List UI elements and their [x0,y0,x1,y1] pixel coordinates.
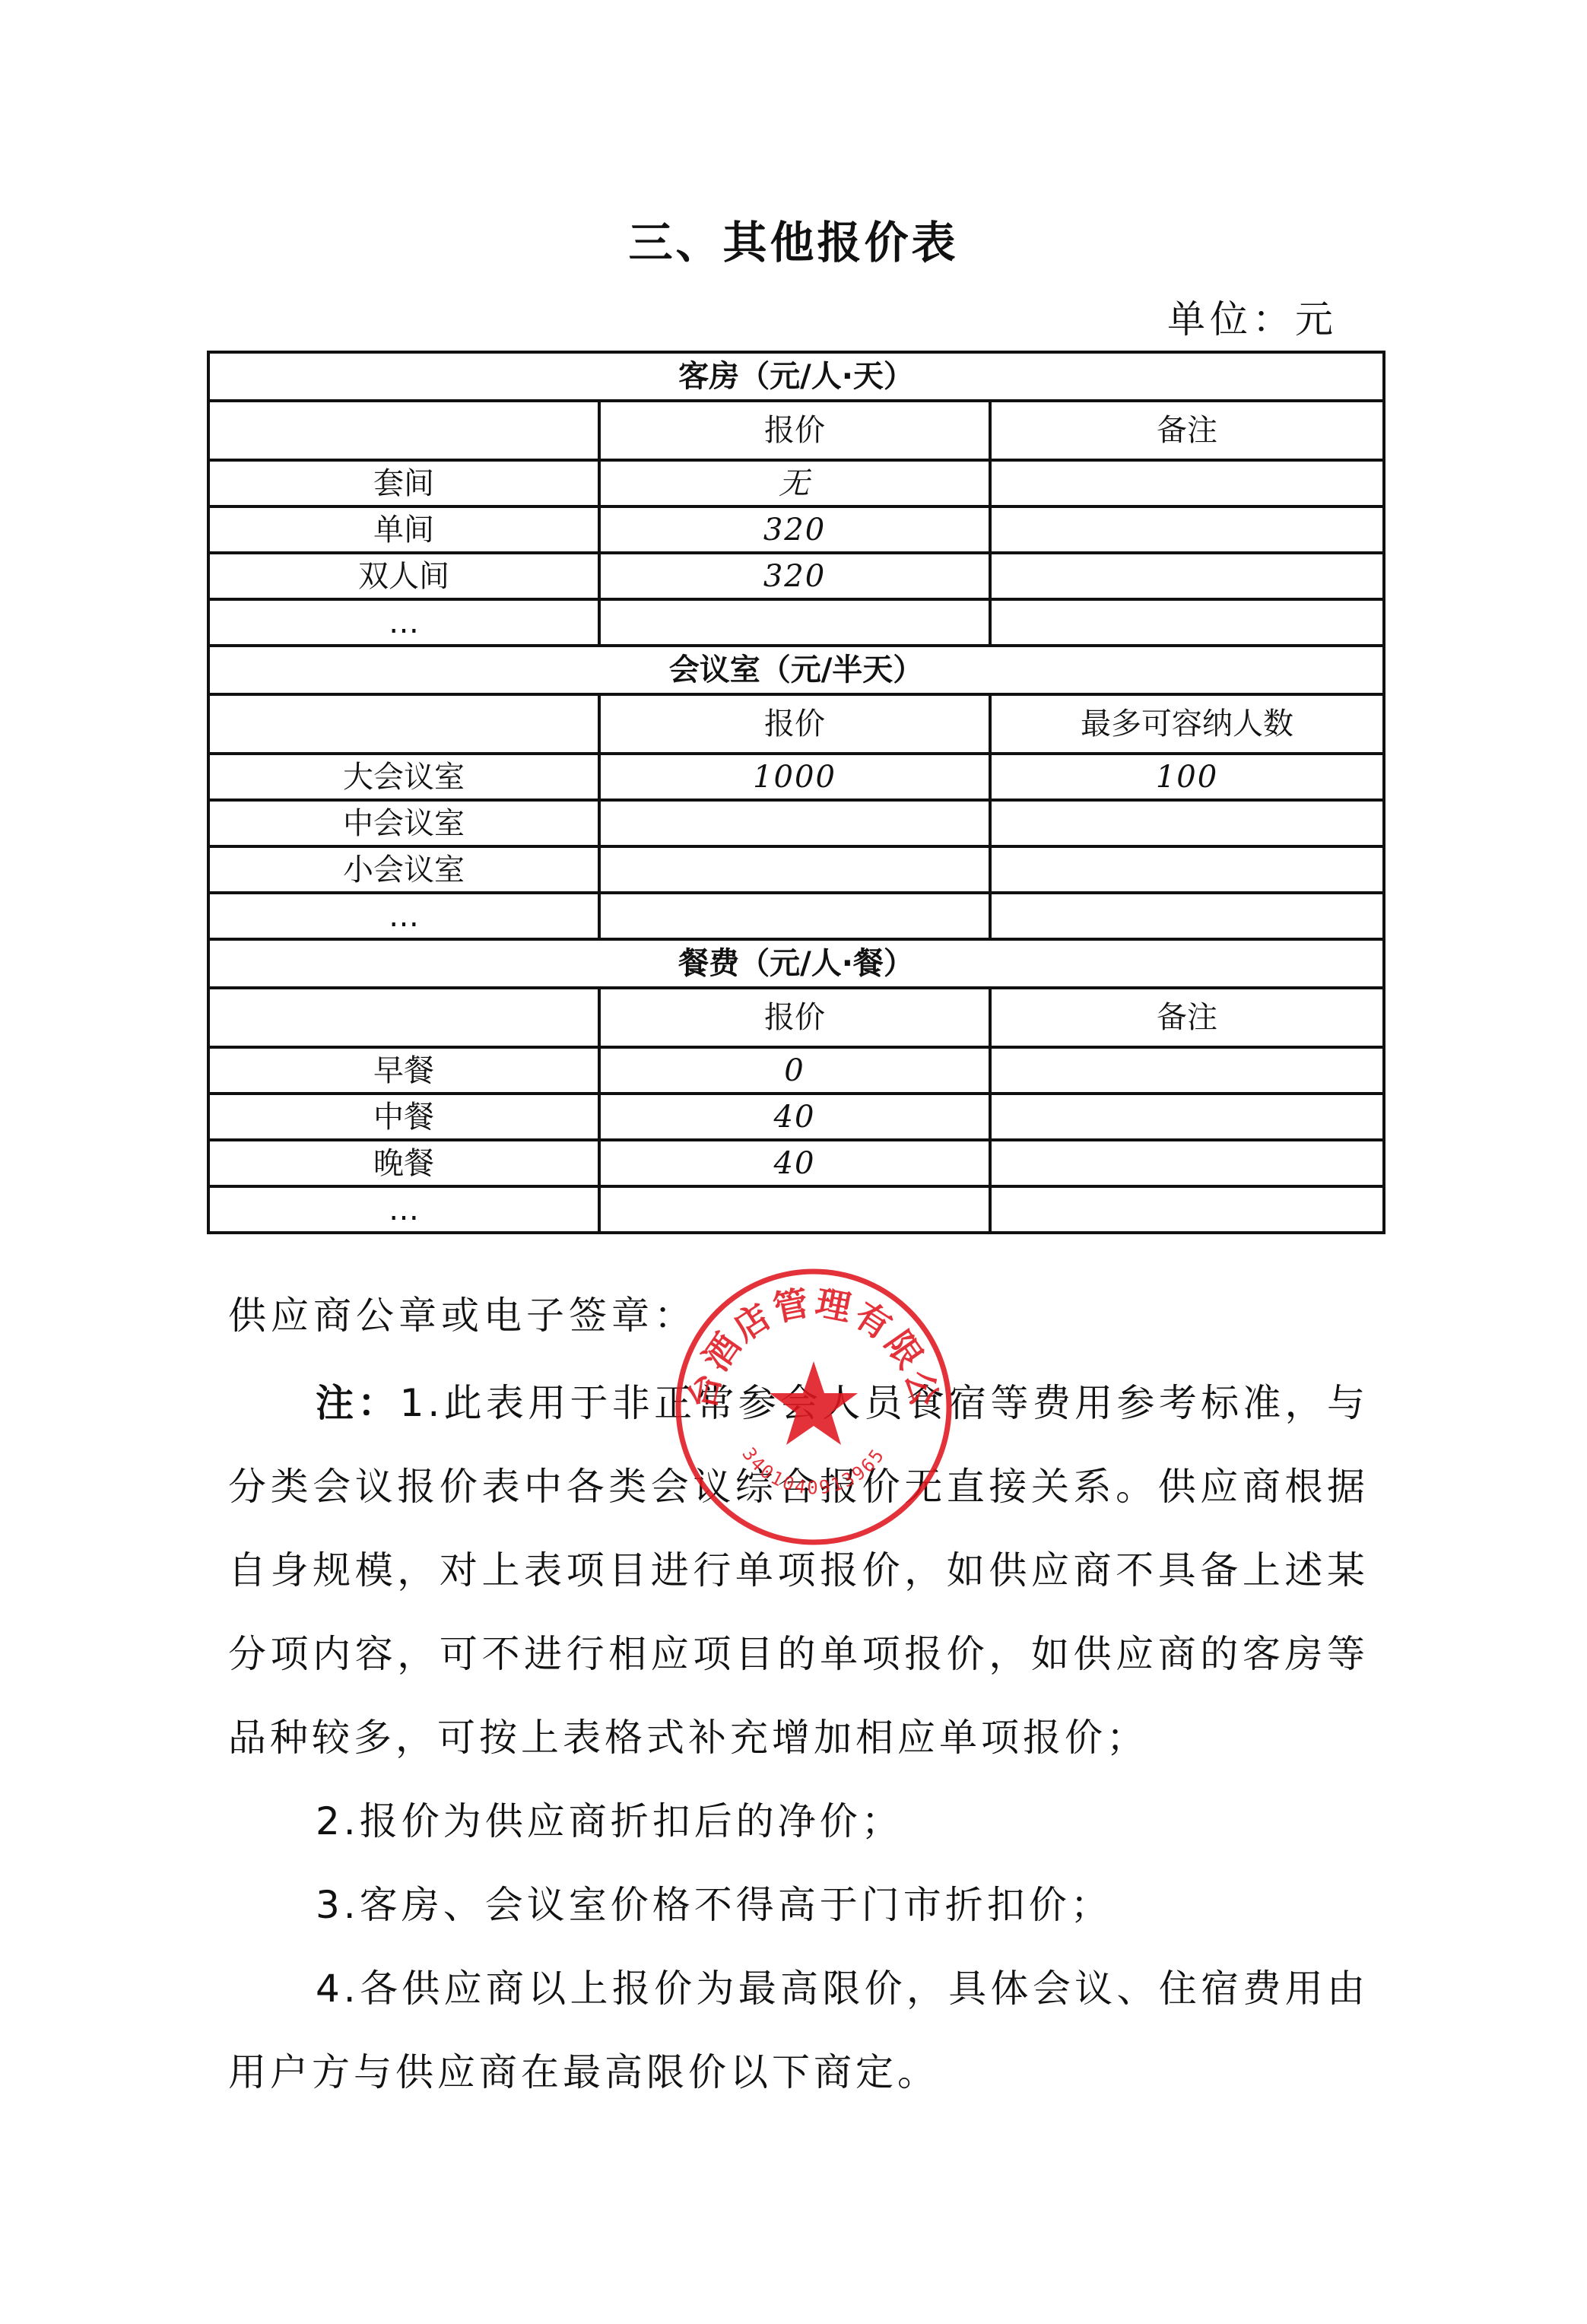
column-header: 报价 [599,988,990,1047]
note-cell [990,506,1384,553]
note-cell [990,1047,1384,1094]
item-cell: … [208,1186,599,1233]
star-icon [770,1361,858,1445]
capacity-cell [990,846,1384,893]
unit-label: 单位：元 [1167,289,1338,344]
column-header [208,988,599,1047]
table-row: 单间 320 [208,506,1384,553]
price-cell: 1000 [599,754,990,800]
note-cell [990,460,1384,506]
price-cell: 无 [599,460,990,506]
table-row: 晚餐 40 [208,1140,1384,1186]
column-header-row: 报价 备注 [208,401,1384,460]
price-cell: 0 [599,1047,990,1094]
item-cell: … [208,599,599,646]
section-header-rooms: 客房（元/人·天） [208,352,1384,401]
table-row: 套间 无 [208,460,1384,506]
svg-text:3401040913965: 3401040913965 [738,1443,889,1498]
note-cell [990,1140,1384,1186]
column-header: 报价 [599,694,990,754]
table-row: 中会议室 [208,800,1384,846]
section-header-meals: 餐费（元/人·餐） [208,939,1384,988]
column-header: 备注 [990,988,1384,1047]
column-header-row: 报价 最多可容纳人数 [208,694,1384,754]
note-item-4: 4.各供应商以上报价为最高限价，具体会议、住宿费用由用户方与供应商在最高限价以下… [228,1947,1369,2114]
price-cell: 40 [599,1094,990,1140]
item-cell: 早餐 [208,1047,599,1094]
table-row: 中餐 40 [208,1094,1384,1140]
note-item-2: 2.报价为供应商折扣后的净价； [228,1780,1369,1863]
table-row: 小会议室 [208,846,1384,893]
table-row: … [208,893,1384,939]
price-cell: 40 [599,1140,990,1186]
column-header-row: 报价 备注 [208,988,1384,1047]
capacity-cell [990,893,1384,939]
table-row: 双人间 320 [208,553,1384,599]
column-header: 备注 [990,401,1384,460]
column-header: 报价 [599,401,990,460]
item-cell: 套间 [208,460,599,506]
item-cell: 单间 [208,506,599,553]
notes-prefix: 注： [316,1381,400,1425]
section-title: 餐费（元/人·餐） [208,939,1384,988]
capacity-cell [990,800,1384,846]
table-row: … [208,1186,1384,1233]
price-cell: 320 [599,506,990,553]
item-cell: 大会议室 [208,754,599,800]
stamp-number: 3401040913965 [738,1443,889,1498]
table-row: 早餐 0 [208,1047,1384,1094]
column-header [208,694,599,754]
price-cell [599,1186,990,1233]
note-item-3: 3.客房、会议室价格不得高于门市折扣价； [228,1863,1369,1947]
item-cell: 晚餐 [208,1140,599,1186]
note-cell [990,599,1384,646]
note-cell [990,1186,1384,1233]
signature-label: 供应商公章或电子签章： [228,1285,697,1340]
note-cell [990,1094,1384,1140]
price-cell [599,599,990,646]
section-title: 客房（元/人·天） [208,352,1384,401]
item-cell: 中会议室 [208,800,599,846]
capacity-cell: 100 [990,754,1384,800]
price-cell: 320 [599,553,990,599]
column-header [208,401,599,460]
price-cell [599,893,990,939]
table-row: … [208,599,1384,646]
price-cell [599,800,990,846]
page-title: 三、其他报价表 [0,207,1587,271]
item-cell: … [208,893,599,939]
item-cell: 小会议室 [208,846,599,893]
note-cell [990,553,1384,599]
section-header-meeting: 会议室（元/半天） [208,646,1384,694]
item-cell: 双人间 [208,553,599,599]
table-row: 大会议室 1000 100 [208,754,1384,800]
item-cell: 中餐 [208,1094,599,1140]
column-header: 最多可容纳人数 [990,694,1384,754]
company-seal-stamp: 云台酒店管理有限公司 3401040913965 [669,1262,958,1551]
section-title: 会议室（元/半天） [208,646,1384,694]
price-cell [599,846,990,893]
quote-table: 客房（元/人·天） 报价 备注 套间 无 单间 320 双人间 320 … [207,351,1385,1234]
